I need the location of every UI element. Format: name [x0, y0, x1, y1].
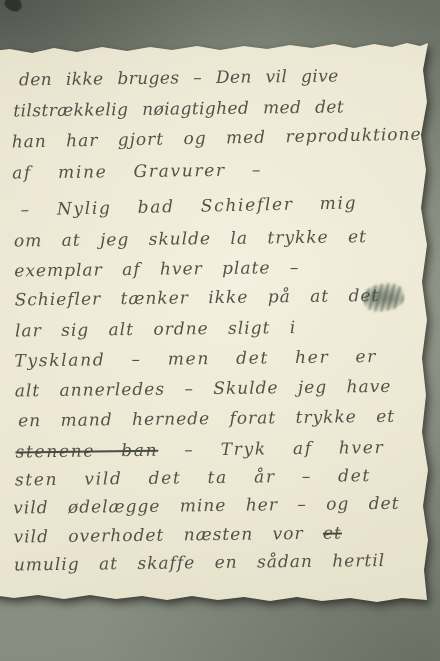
- line-text: lar sig alt ordne sligt i: [15, 318, 296, 341]
- handwriting-line: tilstrækkelig nøiagtighed med det: [13, 99, 344, 120]
- handwriting-line: vild ødelægge mine her – og det: [13, 496, 399, 518]
- handwriting-line: – Nylig bad Schiefler mig: [20, 195, 357, 219]
- handwriting-line: stenene ban – Tryk af hver: [15, 440, 384, 462]
- line-text: om at jeg skulde la trykke et: [14, 227, 367, 251]
- line-text: Tyskland – men det her er: [14, 347, 377, 371]
- handwriting-line: exemplar af hver plate –: [14, 260, 299, 280]
- handwriting-line: alt annerledes – Skulde jeg have: [15, 379, 392, 401]
- handwriting-line: Schiefler tænker ikke på at det: [15, 288, 380, 309]
- line-text: alt annerledes – Skulde jeg have: [15, 377, 392, 402]
- handwriting-line: Tyskland – men det her er: [14, 349, 377, 370]
- line-text: umulig at skaffe en sådan hertil: [14, 551, 385, 576]
- line-text: sten vild det ta år – det: [15, 466, 371, 490]
- line-text: exemplar af hver plate –: [14, 258, 299, 281]
- handwriting-line: lar sig alt ordne sligt i: [15, 320, 296, 340]
- line-text: han har gjort og med reproduktionen: [12, 124, 434, 152]
- handwriting-line: han har gjort og med reproduktionen: [12, 126, 434, 151]
- handwriting-line: vild overhodet næsten vor et: [13, 525, 342, 546]
- line-text: en mand hernede forat trykke et: [18, 407, 395, 432]
- line-text: den ikke bruges – Den vil give: [19, 66, 339, 90]
- paper-shadow-wrap: den ikke bruges – Den vil give tilstrækk…: [0, 0, 440, 661]
- letter-paper: den ikke bruges – Den vil give tilstrækk…: [0, 40, 440, 610]
- line-text: vild ødelægge mine her – og det: [13, 494, 400, 519]
- handwriting-line: den ikke bruges – Den vil give: [19, 68, 339, 89]
- handwriting-line: om at jeg skulde la trykke et: [14, 229, 367, 250]
- line-text: vild overhodet næsten vor: [13, 524, 323, 548]
- line-text: – Nylig bad Schiefler mig: [20, 193, 357, 220]
- line-text: af mine Gravurer –: [12, 160, 262, 183]
- line-text: tilstrækkelig nøiagtighed med det: [13, 97, 344, 121]
- handwriting-line: af mine Gravurer –: [12, 162, 262, 182]
- handwriting-line: en mand hernede forat trykke et: [18, 409, 395, 431]
- photo-background: den ikke bruges – Den vil give tilstrækk…: [0, 0, 440, 661]
- line-text: Schiefler tænker ikke på at det: [15, 286, 380, 310]
- handwriting-layer: den ikke bruges – Den vil give tilstrækk…: [0, 37, 440, 612]
- handwriting-line: sten vild det ta år – det: [15, 468, 371, 489]
- line-text-struck: et: [323, 523, 342, 543]
- handwriting-line: umulig at skaffe en sådan hertil: [14, 553, 385, 575]
- line-text-post: – Tryk af hver: [158, 438, 384, 461]
- line-text-struck: stenene ban: [15, 441, 158, 463]
